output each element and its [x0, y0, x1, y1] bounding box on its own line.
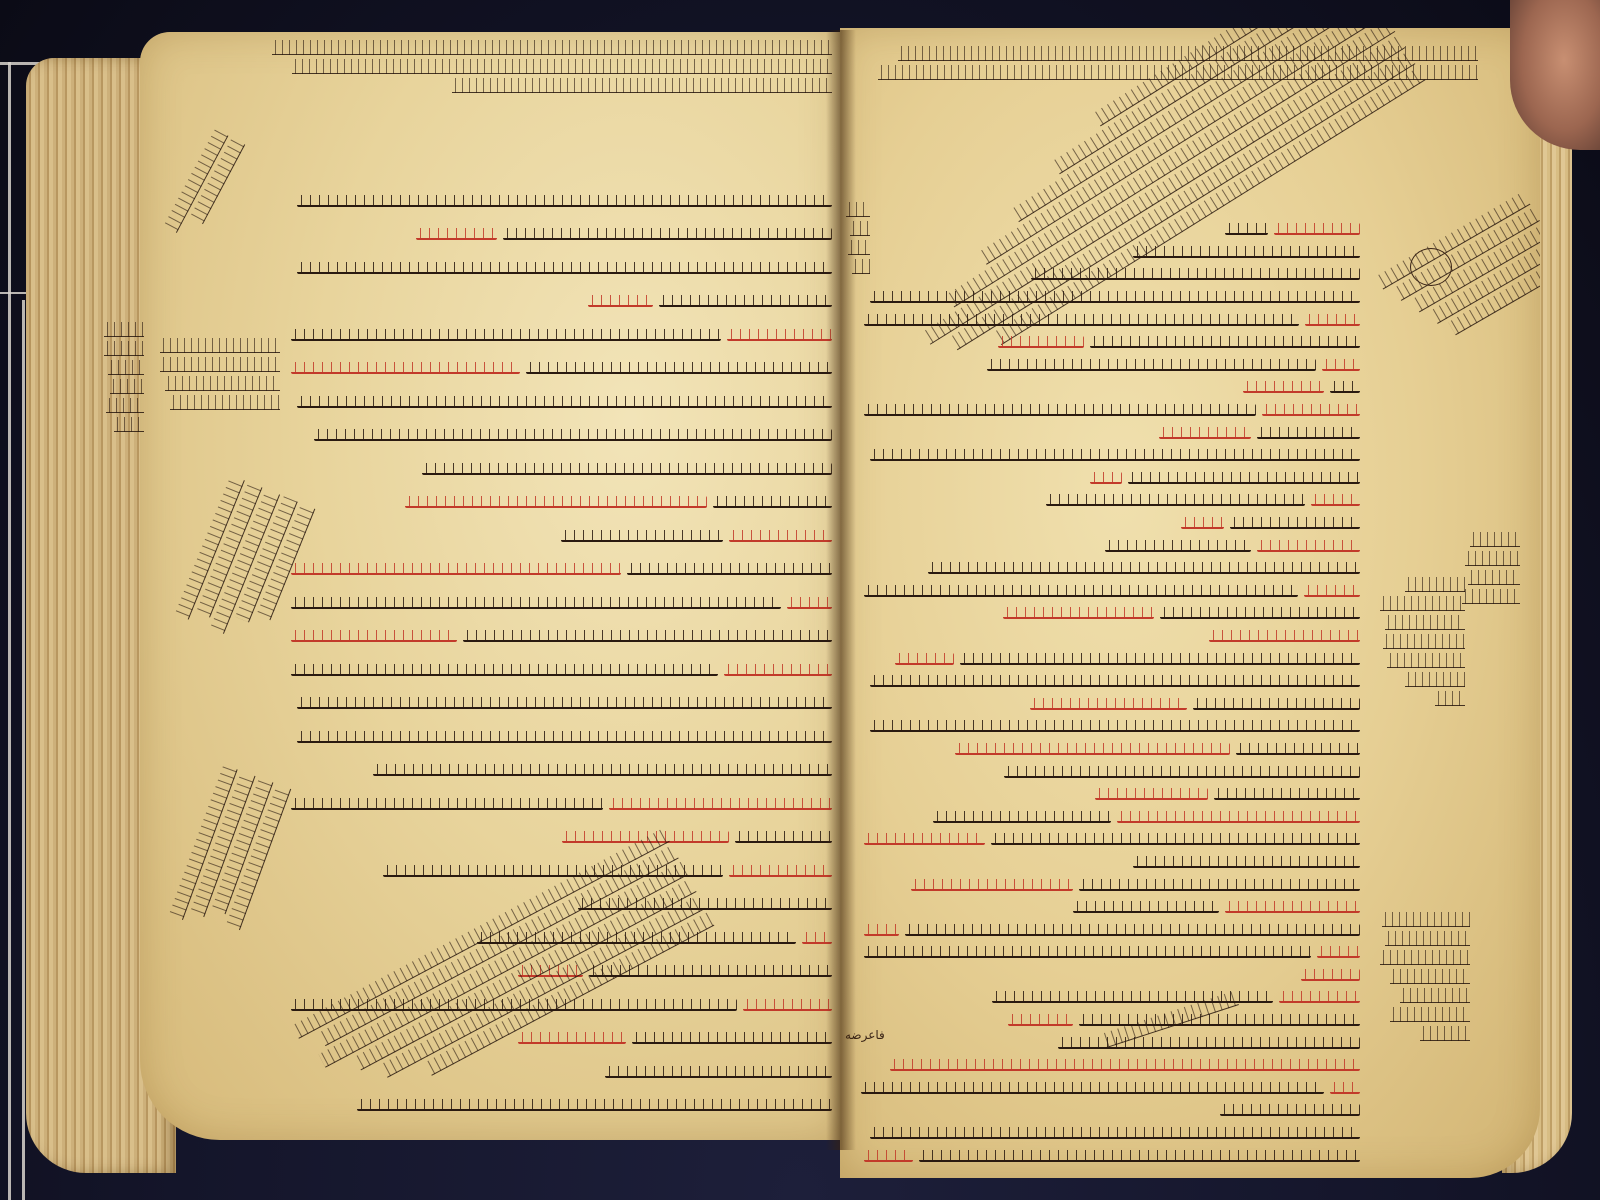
text-line [287, 754, 832, 788]
commentary-text [357, 1099, 832, 1111]
rubric-lemma [727, 329, 832, 341]
left-outer-margin-gloss [104, 318, 144, 436]
text-line [860, 1077, 1360, 1100]
commentary-text [1230, 517, 1360, 529]
rubric-lemma [729, 530, 832, 542]
text-line [287, 285, 832, 319]
text-line [287, 486, 832, 520]
rubric-lemma [1117, 811, 1360, 823]
commentary-text [659, 295, 832, 307]
rubric-lemma [1095, 788, 1208, 800]
commentary-text [297, 697, 832, 709]
commentary-text [526, 362, 832, 374]
text-line [860, 918, 1360, 941]
text-line [287, 419, 832, 453]
text-line [287, 184, 832, 218]
right-main-text [860, 218, 1360, 1167]
commentary-text [561, 530, 723, 542]
right-margin-gloss-bottom [1380, 908, 1470, 1045]
text-line [287, 251, 832, 285]
commentary-text [297, 262, 832, 274]
commentary-text [864, 946, 1311, 958]
commentary-text [632, 1032, 832, 1044]
rubric-lemma [743, 999, 832, 1011]
text-line [287, 553, 832, 587]
commentary-text [1214, 788, 1360, 800]
commentary-text [1193, 698, 1360, 710]
text-line [860, 1144, 1360, 1167]
commentary-text [503, 228, 832, 240]
text-line [860, 421, 1360, 444]
text-line [287, 586, 832, 620]
text-line [860, 805, 1360, 828]
text-line [860, 286, 1360, 309]
rubric-lemma [1305, 314, 1360, 326]
commentary-text [297, 731, 832, 743]
commentary-text [713, 496, 832, 508]
rubric-lemma [864, 924, 899, 936]
text-line [860, 489, 1360, 512]
rubric-lemma [1159, 427, 1251, 439]
text-line [287, 687, 832, 721]
rubric-lemma [1301, 969, 1360, 981]
rubric-lemma [291, 362, 520, 374]
commentary-text [870, 449, 1360, 461]
text-line [860, 828, 1360, 851]
commentary-text [627, 563, 832, 575]
text-line [860, 625, 1360, 648]
text-line [287, 653, 832, 687]
commentary-text [870, 1127, 1360, 1139]
rubric-lemma [724, 664, 832, 676]
left-top-gloss [252, 36, 832, 97]
text-line [860, 444, 1360, 467]
commentary-text [933, 811, 1111, 823]
commentary-text [1220, 1104, 1360, 1116]
commentary-text [1225, 223, 1268, 235]
text-line [287, 452, 832, 486]
text-line [860, 534, 1360, 557]
left-margin-gloss-upper [160, 127, 249, 244]
commentary-text [735, 831, 832, 843]
rubric-lemma [955, 743, 1230, 755]
commentary-text [1160, 607, 1360, 619]
rubric-lemma [291, 563, 621, 575]
rubric-lemma [1304, 585, 1360, 597]
commentary-text [870, 675, 1360, 687]
commentary-text [861, 1082, 1324, 1094]
rubric-lemma [1317, 946, 1360, 958]
commentary-text [870, 291, 1360, 303]
commentary-text [1073, 901, 1219, 913]
text-line [860, 715, 1360, 738]
text-line [287, 385, 832, 419]
commentary-text [291, 664, 718, 676]
text-line [860, 783, 1360, 806]
commentary-text [991, 833, 1360, 845]
text-line [860, 354, 1360, 377]
text-line [287, 821, 832, 855]
commentary-text [1090, 336, 1360, 348]
commentary-text [905, 924, 1360, 936]
text-line [860, 580, 1360, 603]
commentary-text [1031, 268, 1360, 280]
text-line [860, 964, 1360, 987]
commentary-text [291, 597, 781, 609]
commentary-text [1133, 856, 1360, 868]
rubric-lemma [1311, 494, 1360, 506]
text-line [860, 467, 1360, 490]
text-line [860, 873, 1360, 896]
text-line [860, 1054, 1360, 1077]
left-page[interactable] [140, 32, 840, 1140]
rubric-lemma [864, 833, 985, 845]
left-margin-gloss-block [160, 334, 280, 414]
commentary-text [1105, 540, 1251, 552]
rubric-lemma [1181, 517, 1224, 529]
text-line [860, 331, 1360, 354]
text-line [860, 241, 1360, 264]
text-line [860, 647, 1360, 670]
text-line [860, 1122, 1360, 1145]
text-line [860, 941, 1360, 964]
commentary-text [1330, 381, 1360, 393]
rubric-lemma [1279, 991, 1360, 1003]
text-line [860, 376, 1360, 399]
text-line [860, 557, 1360, 580]
commentary-text [1128, 472, 1360, 484]
text-line [860, 692, 1360, 715]
text-line [860, 738, 1360, 761]
rubric-lemma [291, 630, 457, 642]
right-margin-gloss-mid [1460, 528, 1520, 608]
text-line [860, 1099, 1360, 1122]
open-manuscript: فاعرضه [0, 0, 1600, 1200]
rubric-lemma [416, 228, 497, 240]
rubric-lemma [1003, 607, 1154, 619]
rubric-lemma [405, 496, 707, 508]
circled-marginal-note [1410, 248, 1452, 286]
rubric-lemma [1262, 404, 1360, 416]
text-line [287, 620, 832, 654]
commentary-text [928, 562, 1360, 574]
right-margin-gloss-lower [1380, 573, 1465, 710]
commentary-text [297, 195, 832, 207]
rubric-lemma [729, 865, 832, 877]
text-line [860, 263, 1360, 286]
commentary-text [864, 585, 1298, 597]
commentary-text [1133, 246, 1360, 258]
commentary-text [870, 720, 1360, 732]
text-line [860, 218, 1360, 241]
commentary-text [919, 1150, 1360, 1162]
text-line [287, 720, 832, 754]
rubric-lemma [1243, 381, 1324, 393]
commentary-text [463, 630, 832, 642]
rubric-lemma [1257, 540, 1360, 552]
text-line [287, 318, 832, 352]
left-margin-gloss-lower [165, 763, 295, 941]
text-line [287, 787, 832, 821]
rubric-lemma [1008, 1014, 1073, 1026]
rubric-lemma [588, 295, 653, 307]
text-line [860, 760, 1360, 783]
rubric-lemma [1274, 223, 1360, 235]
text-line [287, 218, 832, 252]
text-line [860, 512, 1360, 535]
right-page[interactable]: فاعرضه [840, 28, 1540, 1178]
rubric-lemma [864, 1150, 913, 1162]
text-line [860, 602, 1360, 625]
rubric-lemma [911, 879, 1073, 891]
book-gutter [826, 30, 856, 1150]
text-line [860, 670, 1360, 693]
commentary-text [314, 429, 832, 441]
text-line [860, 986, 1360, 1009]
commentary-text [291, 798, 603, 810]
rubric-lemma [1225, 901, 1360, 913]
rubric-lemma [890, 1059, 1360, 1071]
commentary-text [864, 314, 1299, 326]
text-line [287, 352, 832, 386]
commentary-text [1257, 427, 1360, 439]
commentary-text [1079, 879, 1360, 891]
rubric-lemma [1030, 698, 1187, 710]
commentary-text [1236, 743, 1360, 755]
commentary-text [1004, 766, 1360, 778]
rubric-lemma [1209, 630, 1360, 642]
commentary-text [605, 1066, 832, 1078]
commentary-text [291, 329, 721, 341]
text-line [287, 519, 832, 553]
rubric-lemma [895, 653, 954, 665]
rubric-lemma [998, 336, 1084, 348]
rubric-lemma [518, 1032, 626, 1044]
text-line [860, 399, 1360, 422]
right-margin-gloss-upper [1365, 188, 1540, 364]
rubric-lemma [1090, 472, 1122, 484]
commentary-text [987, 359, 1316, 371]
rubric-lemma [609, 798, 832, 810]
commentary-text [864, 404, 1256, 416]
commentary-text [373, 764, 832, 776]
rubric-lemma [1330, 1082, 1360, 1094]
text-line [860, 851, 1360, 874]
text-line [860, 896, 1360, 919]
text-line [860, 308, 1360, 331]
commentary-text [422, 463, 832, 475]
commentary-text [960, 653, 1360, 665]
rubric-lemma [1322, 359, 1360, 371]
commentary-text [297, 396, 832, 408]
commentary-text [1046, 494, 1305, 506]
